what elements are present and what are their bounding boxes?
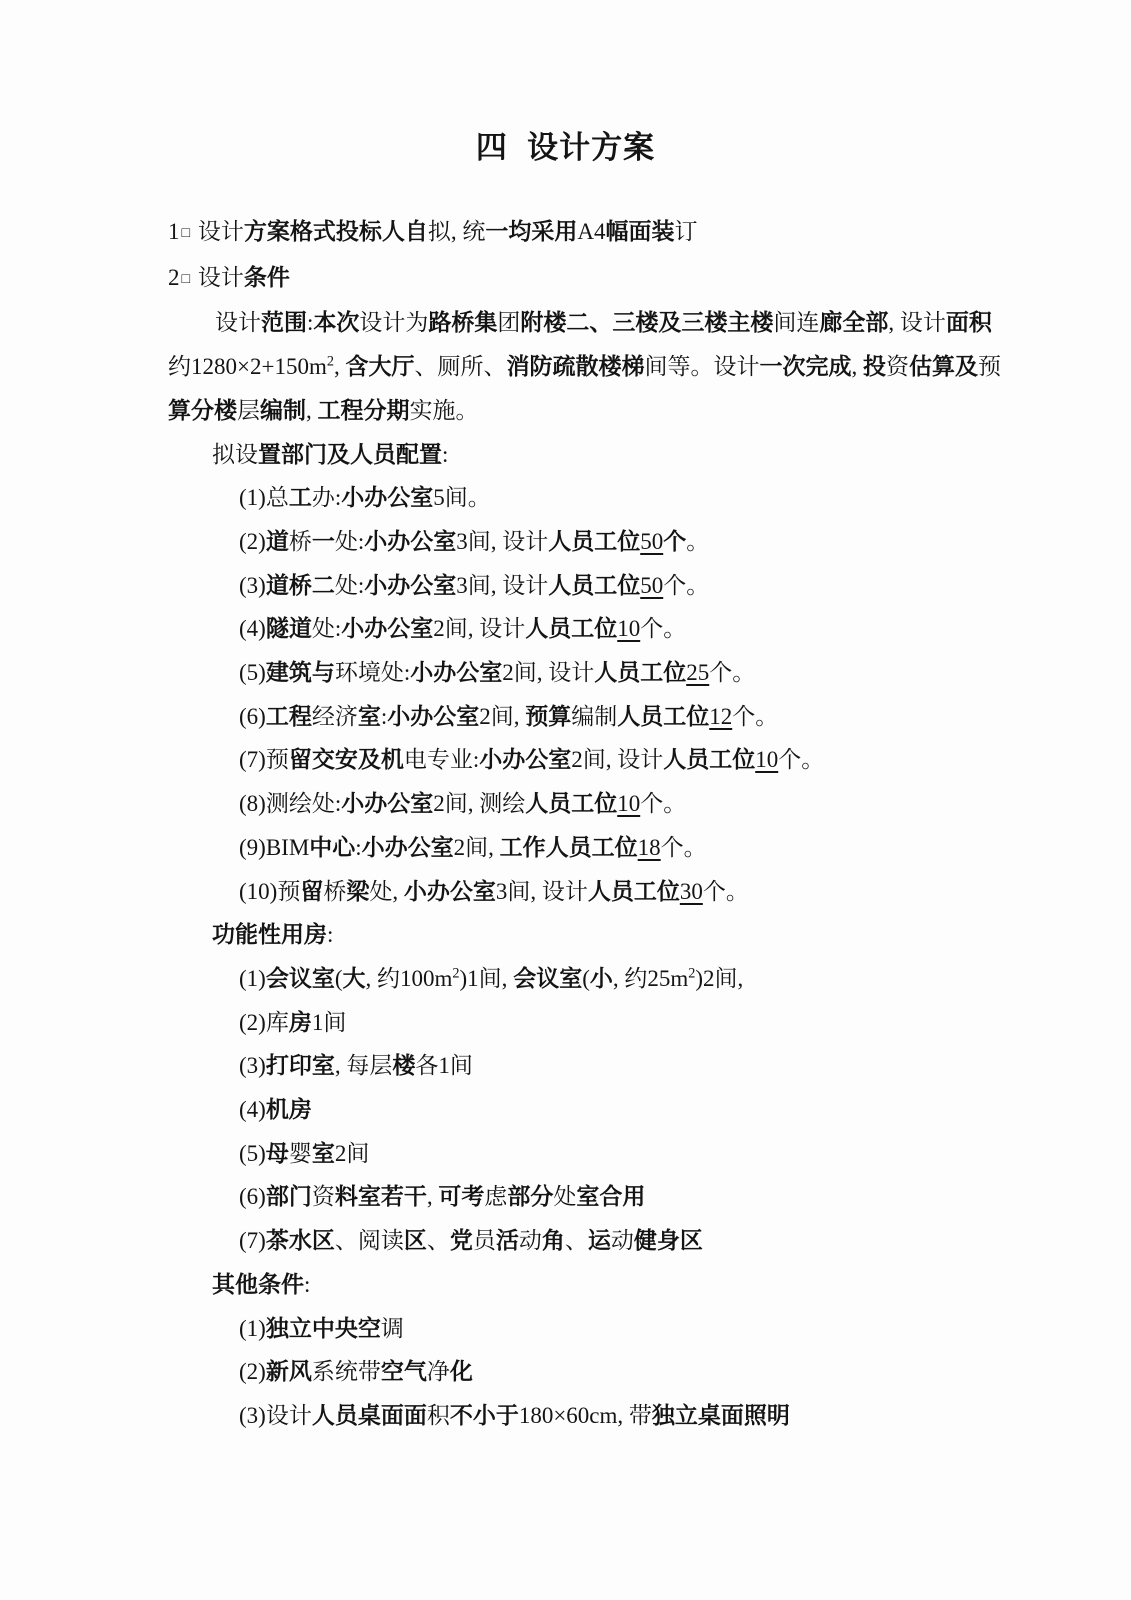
text-segment: 2 [327,353,334,369]
text-segment: 角 [542,1227,565,1253]
text-segment: 2间, 设计 [502,660,594,685]
text-segment: 小办公室 [341,484,433,510]
text-segment: 个。 [663,573,709,598]
other-item-1: (1)独立中央空调 [239,1307,1031,1351]
text-segment: 约1280×2+150m [168,354,327,379]
text-segment: 2间 [335,1141,370,1166]
text-segment: 动 [611,1228,634,1253]
text-segment: (5) [239,1141,266,1166]
text-segment: 婴 [289,1141,312,1166]
text-segment: 系统带 [312,1359,381,1384]
text-segment: 小办公室 [479,746,571,772]
text-segment: 母 [266,1140,289,1166]
text-segment: 处: [381,660,410,685]
text-segment: 室 [312,1140,335,1166]
text-segment: 含大厅 [345,353,414,379]
text-segment: 25 [686,660,709,685]
text-segment: 员 [473,1228,496,1253]
functional-rooms-heading: 功能性用房: [212,913,1031,957]
text-segment: 3间, 设计 [496,879,588,904]
text-segment: 料室若干 [335,1183,427,1209]
text-segment: 个。 [661,835,707,860]
functional-item-1: (1)会议室(大, 约100m2)1间, 会议室(小, 约25m2)2间, [239,957,1031,1001]
page-title: 四 设计方案 [0,0,1131,168]
text-segment: 人员工位 [548,572,640,598]
text-segment: 净 [427,1359,450,1384]
text-segment: 各1间 [415,1053,473,1078]
text-segment: 楼 [392,1052,415,1078]
text-segment: , 设计 [888,310,946,335]
text-segment: 本次 [313,309,359,335]
functional-item-7: (7)茶水区、阅读区、党员活动角、运动健身区 [239,1219,1031,1263]
text-segment: 个 [663,528,686,554]
text-segment: 小办公室 [410,659,502,685]
text-segment: 处: [335,529,364,554]
text-segment: 小办公室 [404,878,496,904]
functional-item-3: (3)打印室, 每层楼各1间 [239,1044,1031,1088]
design-scope-line-1: 设计范围:本次设计为路桥集团附楼二、三楼及三楼主楼间连廊全部, 设计面积 [168,301,1031,345]
text-segment: (3)设计 [239,1403,312,1428]
text-segment: 人员工位 [548,528,640,554]
text-segment: 10 [617,791,640,816]
text-segment: 资 [312,1184,335,1209]
text-segment: 人员工位 [525,615,617,641]
text-segment: 间连 [773,310,819,335]
design-scope-line-3: 算分楼层编制, 工程分期实施。 [168,389,1031,433]
text-segment: 健身区 [634,1227,703,1253]
text-segment: 。 [686,529,709,554]
text-segment: 可考 [438,1183,484,1209]
text-segment: 道桥二 [266,572,335,598]
functional-item-4: (4)机房 [239,1088,1031,1132]
other-item-2: (2)新风系统带空气净化 [239,1350,1031,1394]
text-segment: (4) [239,1097,266,1122]
text-segment: 3间, 设计 [456,573,548,598]
text-segment: 打印室 [266,1052,335,1078]
text-segment: 方案格式投标人自 [244,218,428,244]
text-segment: 设计 [215,310,261,335]
text-segment: 2间, [479,704,525,729]
text-segment: 室合用 [576,1183,645,1209]
text-segment: (7)预 [239,747,289,772]
text-segment: 小办公室 [387,703,479,729]
text-segment: 个。 [703,879,749,904]
text-segment: 会议室 [513,965,582,991]
text-segment: 工作人员工位 [500,834,638,860]
text-segment: 、 [427,1228,450,1253]
text-segment: 10 [755,747,778,772]
text-segment: 实施。 [410,398,479,423]
text-segment: : [327,922,333,947]
text-segment: 个。 [732,704,778,729]
text-segment: 3间, 设计 [456,529,548,554]
text-segment: 估算及 [909,353,978,379]
text-segment: 部分 [507,1183,553,1209]
dept-item-9: (9)BIM中心:小办公室2间, 工作人员工位18个。 [239,826,1031,870]
text-segment: 个。 [778,747,824,772]
functional-item-2: (2)库房1间 [239,1001,1031,1045]
text-segment: 2 [168,265,180,290]
text-segment: )1间, [460,966,514,991]
functional-item-5: (5)母婴室2间 [239,1132,1031,1176]
dept-item-5: (5)建筑与环境处:小办公室2间, 设计人员工位25个。 [239,651,1031,695]
text-segment: 、厕所、 [414,354,506,379]
text-segment: 经济 [312,704,358,729]
text-segment: 1 [168,219,180,244]
text-segment: 动 [519,1228,542,1253]
design-scope-line-2: 约1280×2+150m2, 含大厅、厕所、消防疏散楼梯间等。设计一次完成, 投… [168,345,1031,389]
text-segment: 个。 [640,791,686,816]
text-segment: 电专业: [404,747,479,772]
text-segment: 路桥集 [428,309,497,335]
text-segment: 范围 [261,309,307,335]
text-segment: 1间 [312,1010,347,1035]
text-segment: 独立中央空 [266,1315,381,1341]
text-segment: (1) [239,966,266,991]
text-segment: 处: [312,616,341,641]
text-segment: 活 [496,1227,519,1253]
text-segment: 机房 [266,1096,312,1122]
text-segment: 处 [553,1184,576,1209]
text-segment: 10 [617,616,640,641]
text-segment: 房 [289,1009,312,1035]
text-segment: 会议室 [266,965,335,991]
text-segment: 其他条件 [212,1271,304,1297]
text-segment: 人员桌面面 [312,1402,427,1428]
text-segment: 运 [588,1227,611,1253]
dept-item-8: (8)测绘处:小办公室2间, 测绘人员工位10个。 [239,782,1031,826]
text-segment: 人员工位 [617,703,709,729]
text-segment: 人员工位 [663,746,755,772]
text-segment: 化 [450,1358,473,1384]
text-segment: 功能性用房 [212,921,327,947]
text-segment: 人员工位 [594,659,686,685]
text-segment: 小办公室 [362,834,454,860]
text-segment: 、 [565,1228,588,1253]
text-segment: 不小于 [450,1402,519,1428]
text-segment: 个。 [640,616,686,641]
text-segment: : [442,442,448,467]
other-conditions-heading: 其他条件: [212,1263,1031,1307]
text-segment: (5) [239,660,266,685]
text-segment: 茶水区 [266,1227,335,1253]
text-segment: 室 [358,703,381,729]
text-segment: 梁 [346,878,369,904]
text-segment: (10)预 [239,879,300,904]
text-segment: 工 [289,484,312,510]
text-segment: (2)库 [239,1010,289,1035]
text-segment: 消防疏散楼梯 [506,353,644,379]
dept-config-heading: 拟设置部门及人员配置: [212,433,1031,477]
text-segment: 面积 [946,309,992,335]
text-segment: 、阅读 [335,1228,404,1253]
text-segment: , 约100m [366,966,453,991]
text-segment: 一 [312,528,335,554]
dept-item-7: (7)预留交安及机电专业:小办公室2间, 设计人员工位10个。 [239,738,1031,782]
text-segment: 积 [427,1403,450,1428]
text-segment: 隧道 [266,615,312,641]
text-segment: 180×60cm, 带 [519,1403,652,1428]
text-segment: 小办公室 [341,615,433,641]
text-segment: 建筑与 [266,659,335,685]
text-segment: 办: [312,485,341,510]
document-page: 四 设计方案 1□ 设计方案格式投标人自拟, 统一均采用A4幅面装订2□ 设计条… [0,0,1131,1600]
text-segment: (2) [239,529,266,554]
text-segment: , 每层 [335,1053,393,1078]
text-segment: 投 [863,353,886,379]
text-segment: 一次完成 [759,353,851,379]
text-segment: 廊全部 [819,309,888,335]
text-segment: 拟设 [212,442,258,467]
text-segment: (8)测绘处: [239,791,341,816]
text-segment: 5间。 [433,485,491,510]
text-segment: 设计 [192,265,244,290]
text-segment: A4 [577,219,605,244]
text-segment: 个。 [709,660,755,685]
text-segment: 人员工位 [588,878,680,904]
text-segment: 大 [343,965,366,991]
text-segment: (9)BIM [239,835,309,860]
text-segment: 区 [404,1227,427,1253]
text-segment: 小办公室 [341,790,433,816]
missing-glyph-box: □ [180,271,193,287]
dept-item-2: (2)道桥一处:小办公室3间, 设计人员工位50个。 [239,520,1031,564]
text-segment: (6) [239,704,266,729]
text-segment: , 约25m [613,966,688,991]
text-segment: 部门 [266,1183,312,1209]
dept-item-6: (6)工程经济室:小办公室2间, 预算编制人员工位12个。 [239,695,1031,739]
text-segment: 算分楼 [168,397,237,423]
text-segment: (1)总 [239,485,289,510]
text-segment: 30 [680,879,703,904]
text-segment: 订 [674,219,697,244]
text-segment: 编制 [571,704,617,729]
text-segment: 工程分期 [318,397,410,423]
text-segment: 编制 [260,397,306,423]
text-segment: 道 [266,528,289,554]
text-segment: 预 [978,354,1001,379]
text-segment: , [334,354,346,379]
text-segment: 资 [886,354,909,379]
text-segment: 处: [335,573,364,598]
text-segment: )2间, [695,966,743,991]
text-segment: 设计为 [359,310,428,335]
text-segment: 间等。设计 [644,354,759,379]
text-segment: 幅面装 [605,218,674,244]
text-segment: (7) [239,1228,266,1253]
other-item-3: (3)设计人员桌面面积不小于180×60cm, 带独立桌面照明 [239,1394,1031,1438]
text-segment: , [306,398,318,423]
dept-item-10: (10)预留桥梁处, 小办公室3间, 设计人员工位30个。 [239,870,1031,914]
functional-item-6: (6)部门资料室若干, 可考虑部分处室合用 [239,1175,1031,1219]
text-segment: 附楼二、三楼及三楼主楼 [520,309,773,335]
text-segment: 50 [640,573,663,598]
text-segment: 置部门及人员配置 [258,441,442,467]
dept-item-1: (1)总工办:小办公室5间。 [239,476,1031,520]
text-segment: 调 [381,1316,404,1341]
text-segment: 人员工位 [525,790,617,816]
text-segment: ( [582,966,590,991]
text-segment: 预算 [525,703,571,729]
text-segment: 环境 [335,660,381,685]
text-segment: : [304,1272,310,1297]
text-segment: 桥 [323,879,346,904]
text-segment: 虑 [484,1184,507,1209]
clause-2: 2□ 设计条件 [168,256,1031,302]
text-segment: 新风 [266,1358,312,1384]
text-segment: 条件 [244,264,290,290]
text-segment: 层 [237,398,260,423]
missing-glyph-box: □ [180,225,193,241]
text-segment: 桥 [289,529,312,554]
text-segment: 留交安及机 [289,746,404,772]
text-segment: 2间, 设计 [433,616,525,641]
text-segment: (1) [239,1316,266,1341]
text-segment: 小办公室 [364,528,456,554]
text-segment: 党 [450,1227,473,1253]
text-segment: 2间, 测绘 [433,791,525,816]
text-segment: (4) [239,616,266,641]
text-segment: 2 [452,965,459,981]
text-segment: 拟, 统 [428,219,486,244]
text-segment: (3) [239,573,266,598]
text-segment: 设计 [192,219,244,244]
document-content: 1□ 设计方案格式投标人自拟, 统一均采用A4幅面装订2□ 设计条件设计范围:本… [168,210,1031,1438]
text-segment: , [427,1184,439,1209]
text-segment: 处, [369,879,404,904]
text-segment: 空气 [381,1358,427,1384]
text-segment: (2) [239,1359,266,1384]
text-segment: 2间, [454,835,500,860]
text-segment: 18 [638,835,661,860]
text-segment: 工程 [266,703,312,729]
text-segment: 小办公室 [364,572,456,598]
dept-item-4: (4)隧道处:小办公室2间, 设计人员工位10个。 [239,607,1031,651]
text-segment: ( [335,966,343,991]
text-segment: 小 [590,965,613,991]
text-segment: 一均采用 [485,218,577,244]
text-segment: , [851,354,863,379]
clause-1: 1□ 设计方案格式投标人自拟, 统一均采用A4幅面装订 [168,210,1031,256]
text-segment: (6) [239,1184,266,1209]
text-segment: 50 [640,529,663,554]
text-segment: 中心 [309,834,355,860]
text-segment: (3) [239,1053,266,1078]
text-segment: 独立桌面照明 [652,1402,790,1428]
dept-item-3: (3)道桥二处:小办公室3间, 设计人员工位50个。 [239,564,1031,608]
text-segment: 2间, 设计 [571,747,663,772]
text-segment: 团 [497,310,520,335]
text-segment: 12 [709,704,732,729]
text-segment: 留 [300,878,323,904]
